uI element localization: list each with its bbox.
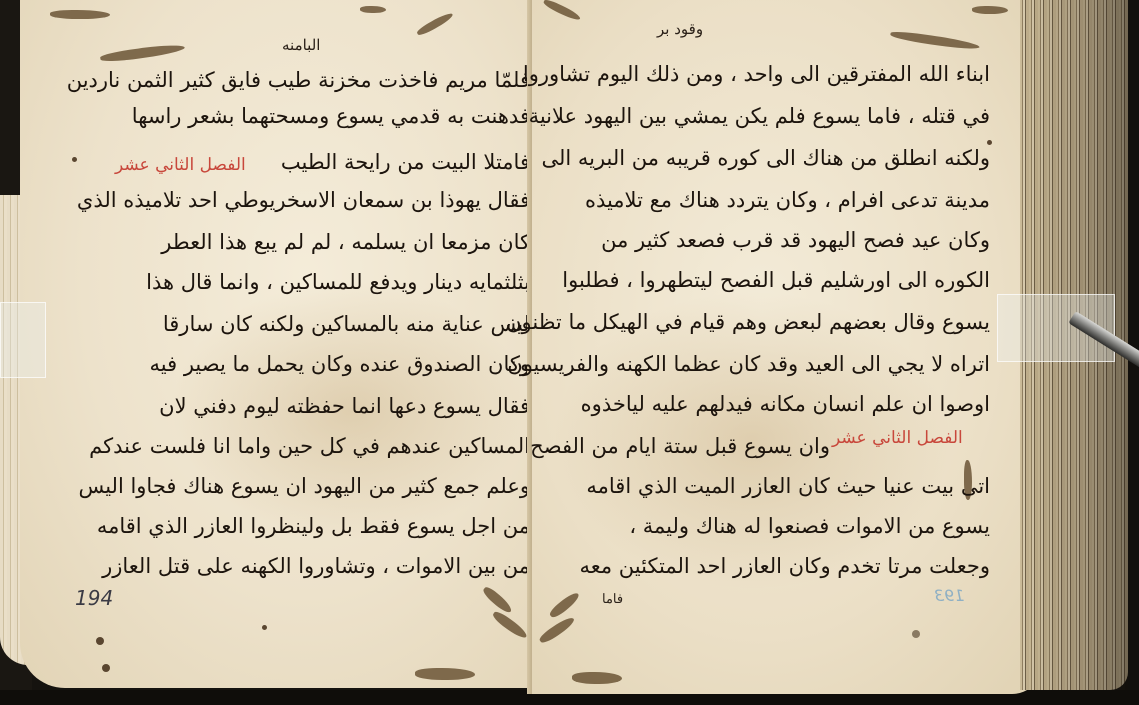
worm-damage [572, 672, 622, 684]
text-line: في قتله ، فاما يسوع فلم يكن يمشي بين الي… [529, 104, 990, 128]
folio-number: 194 [75, 586, 113, 610]
worm-damage [890, 30, 980, 51]
text-line: وان يسوع قبل ستة ايام من الفصح [530, 434, 830, 458]
text-line: بثلثمايه دينار ويدفع للمساكين ، وانما قا… [146, 270, 530, 294]
right-page: وقود بر ابناء الله المفترقين الى واحد ، … [532, 0, 1042, 694]
catchword: فاما [602, 592, 623, 607]
text-line: فقال يسوع دعها انما حفظته ليوم دفني لان [159, 394, 530, 418]
wormhole [72, 157, 77, 162]
folio-number: 193 [934, 586, 965, 605]
text-line: مدينة تدعى افرام ، وكان يتردد هناك مع تل… [585, 188, 990, 212]
text-line: اتراه لا يجي الى العيد وقد كان عظما الكه… [507, 352, 990, 376]
wormhole [912, 630, 920, 638]
manuscript-photo: البامنه فلمّا مريم فاخذت مخزنة طيب فايق … [0, 0, 1139, 705]
text-line: اتى بيت عنيا حيث كان العازر الميت الذي ا… [586, 474, 990, 498]
text-line: وكان عيد فصح اليهود قد قرب فصعد كثير من [601, 228, 990, 252]
text-line: فقال يهوذا بن سمعان الاسخريوطي احد تلامي… [77, 188, 530, 212]
right-text-block: ابناء الله المفترقين الى واحد ، ومن ذلك … [542, 62, 990, 582]
support-tab-left [0, 302, 46, 378]
text-line: فدهنت به قدمي يسوع ومسحتهما بشعر راسها [132, 104, 530, 128]
worm-damage [548, 590, 581, 620]
text-line: يسوع وقال بعضهم لبعض وهم قيام في الهيكل … [506, 310, 990, 334]
chapter-rubric: الفصل الثاني عشر [115, 155, 246, 175]
text-line: فامتلا البيت من رايحة الطيب [281, 150, 530, 174]
text-line: من اجل يسوع فقط بل ولينظروا العازر الذي … [97, 514, 530, 538]
worm-damage [481, 585, 514, 615]
page-header-word: البامنه [282, 36, 320, 54]
wormhole [102, 664, 110, 672]
text-line: فلمّا مريم فاخذت مخزنة طيب فايق كثير الث… [67, 68, 530, 92]
text-line: الكوره الى اورشليم قبل الفصح ليتطهروا ، … [562, 268, 990, 292]
worm-damage [415, 668, 475, 680]
text-line: وعلم جمع كثير من اليهود ان يسوع هناك فجا… [78, 474, 530, 498]
worm-damage [360, 6, 386, 13]
text-line: ليس عناية منه بالمساكين ولكنه كان سارقا [163, 312, 530, 336]
worm-damage [491, 609, 530, 640]
text-line: وجعلت مرتا تخدم وكان العازر احد المتكئين… [579, 554, 990, 578]
worm-damage [100, 42, 186, 64]
left-page: البامنه فلمّا مريم فاخذت مخزنة طيب فايق … [20, 0, 538, 688]
worm-damage [416, 11, 455, 38]
wormhole [96, 637, 104, 645]
text-line: المساكين عندهم في كل حين واما انا فلست ع… [89, 434, 530, 458]
text-line: كان مزمعا ان يسلمه ، لم لم يبع هذا العطر [161, 230, 530, 254]
wormhole [262, 625, 267, 630]
text-line: ابناء الله المفترقين الى واحد ، ومن ذلك … [523, 62, 990, 86]
text-line: وكان الصندوق عنده وكان يحمل ما يصير فيه [150, 352, 530, 376]
text-line: يسوع من الاموات فصنعوا له هناك وليمة ، [629, 514, 990, 538]
worm-damage [50, 10, 110, 19]
text-line: اوصوا ان علم انسان مكانه فيدلهم عليه ليا… [581, 392, 990, 416]
chapter-rubric: الفصل الثاني عشر [832, 428, 963, 448]
worm-damage [972, 6, 1008, 14]
worm-damage [538, 614, 577, 645]
text-line: من بين الاموات ، وتشاوروا الكهنه على قتل… [102, 554, 530, 578]
worm-damage [542, 0, 582, 22]
page-header-word: وقود بر [657, 20, 703, 38]
text-line: ولكنه انطلق من هناك الى كوره قريبه من ال… [541, 146, 990, 170]
left-text-block: فلمّا مريم فاخذت مخزنة طيب فايق كثير الث… [80, 68, 530, 588]
